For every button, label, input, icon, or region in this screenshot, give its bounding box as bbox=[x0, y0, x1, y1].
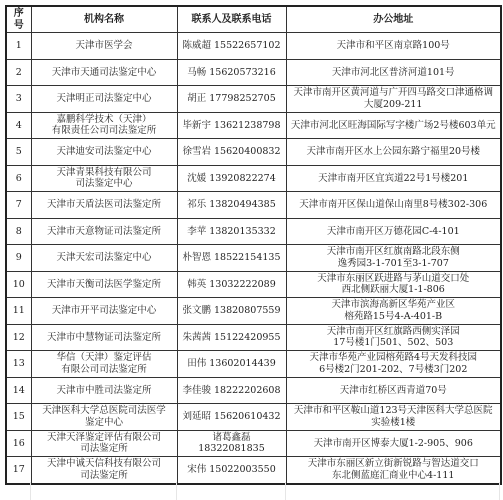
row-number: 2 bbox=[6, 59, 31, 86]
office-address-line: 天津市和平区鞍山道123号天津医科大学总医院 bbox=[289, 405, 499, 417]
office-address-line: 天津市东丽区新立街新锐路与智达道交口 bbox=[289, 458, 499, 470]
header-contact: 联系人及联系电话 bbox=[177, 6, 286, 33]
row-number: 10 bbox=[6, 271, 31, 298]
table-row: 8天津市天意物证司法鉴定所李苹 13820135332天津市南开区万德花园C-4… bbox=[6, 218, 501, 245]
contact-person-phone: 朱茜茜 15122420955 bbox=[177, 324, 286, 351]
office-address: 天津市南开区水上公园东路宁福里20号楼 bbox=[286, 139, 501, 166]
institution-name: 嘉鹏科学技术（天津）有限责任公司司法鉴定所 bbox=[31, 112, 177, 139]
table-row: 10天津市天衡司法医学鉴定所韩英 13032222089天津市东丽区跃进路与茅山… bbox=[6, 271, 501, 298]
office-address-line: 天津市南开区水上公园东路宁福里20号楼 bbox=[289, 146, 499, 158]
table-row: 1天津市医学会陈威超 15522657102天津市和平区南京路100号 bbox=[6, 33, 501, 60]
office-address: 天津市和平区南京路100号 bbox=[286, 33, 501, 60]
table-row: 16天津天泽鉴定评估有限公司司法鉴定所诸葛鑫磊 18322081835天津市南开… bbox=[6, 430, 501, 457]
table-row: 5天津迪安司法鉴定中心徐雪岩 15620400832天津市南开区水上公园东路宁福… bbox=[6, 139, 501, 166]
contact-person-phone: 张文鹏 13820807559 bbox=[177, 298, 286, 325]
row-number: 3 bbox=[6, 86, 31, 113]
office-address-line: 天津市南开区黄河道与广开四马路交口津通格调 bbox=[289, 87, 499, 99]
office-address: 天津市南开区黄河道与广开四马路交口津通格调大厦209-211 bbox=[286, 86, 501, 113]
contact-person-phone: 诸葛鑫磊 18322081835 bbox=[177, 430, 286, 457]
institution-name-line: 天津市开平司法鉴定中心 bbox=[34, 305, 175, 317]
institution-name: 天津青果科技有限公司司法鉴定中心 bbox=[31, 165, 177, 192]
table-row: 6天津青果科技有限公司司法鉴定中心沈媛 13920822274天津市南开区宜宾道… bbox=[6, 165, 501, 192]
table-row: 14天津市中胜司法鉴定所李佳骏 18222202608天津市红桥区西青道70号 bbox=[6, 377, 501, 404]
institution-name-line: 天津青果科技有限公司 bbox=[34, 167, 175, 179]
office-address-line: 天津市河北区普济河道101号 bbox=[289, 67, 499, 79]
institution-name-line: 天津市天意物证司法鉴定所 bbox=[34, 226, 175, 238]
institution-name: 天津市天意物证司法鉴定所 bbox=[31, 218, 177, 245]
row-number: 12 bbox=[6, 324, 31, 351]
office-address-line: 6号楼2门201-202、7号楼3门202 bbox=[289, 364, 499, 376]
table-row: 15天津医科大学总医院司法医学鉴定中心刘延昭 15620610432天津市和平区… bbox=[6, 404, 501, 431]
office-address: 天津市南开区宜宾道22号1号楼201 bbox=[286, 165, 501, 192]
row-number: 11 bbox=[6, 298, 31, 325]
contact-person-phone: 李苹 13820135332 bbox=[177, 218, 286, 245]
office-address: 天津市滨海高新区华苑产业区榕苑路15号4-A-401-B bbox=[286, 298, 501, 325]
office-address-line: 天津市华苑产业园榕苑路4号天发科技园 bbox=[289, 352, 499, 364]
institution-name-line: 鉴定中心 bbox=[34, 417, 175, 429]
contact-person-phone: 韩英 13032222089 bbox=[177, 271, 286, 298]
institution-name-line: 天津市中胜司法鉴定所 bbox=[34, 385, 175, 397]
contact-person-phone: 祁乐 13820494385 bbox=[177, 192, 286, 219]
contact-person-phone: 徐雪岩 15620400832 bbox=[177, 139, 286, 166]
institution-name: 天津市天衡司法医学鉴定所 bbox=[31, 271, 177, 298]
institution-name: 华信（天津）鉴定评估有限公司司法鉴定所 bbox=[31, 351, 177, 378]
header-no: 序号 bbox=[6, 6, 31, 33]
office-address: 天津市南开区红旗南路北段东侧逸秀园3-1-701至3-1-707 bbox=[286, 245, 501, 272]
office-address-line: 天津市南开区红旗南路北段东侧 bbox=[289, 246, 499, 258]
institution-name-line: 天津市天通司法鉴定中心 bbox=[34, 67, 175, 79]
institution-name-line: 天津中诚天信科技有限公司 bbox=[34, 458, 175, 470]
institution-name-line: 天津市中慧物证司法鉴定所 bbox=[34, 332, 175, 344]
table-row: 12天津市中慧物证司法鉴定所朱茜茜 15122420955天津市南开区红旗路西侧… bbox=[6, 324, 501, 351]
institution-name-line: 天津明正司法鉴定中心 bbox=[34, 93, 175, 105]
office-address-line: 东北侧蓝庭汇商业中心4-111 bbox=[289, 470, 499, 482]
contact-person-phone: 陈威超 15522657102 bbox=[177, 33, 286, 60]
row-number: 7 bbox=[6, 192, 31, 219]
contact-person-phone: 刘延昭 15620610432 bbox=[177, 404, 286, 431]
contact-person-phone: 宋伟 15022003550 bbox=[177, 457, 286, 484]
office-address: 天津市东丽区跃进路与茅山道交口处西北侧跃丽大厦1-1-806 bbox=[286, 271, 501, 298]
institution-name-line: 有限公司司法鉴定所 bbox=[34, 364, 175, 376]
row-number: 17 bbox=[6, 457, 31, 484]
office-address: 天津市南开区红旗路西侧实泽园17号楼1门501、502、503 bbox=[286, 324, 501, 351]
row-number: 6 bbox=[6, 165, 31, 192]
office-address-line: 榕苑路15号4-A-401-B bbox=[289, 311, 499, 323]
office-address-line: 天津市红桥区西青道70号 bbox=[289, 385, 499, 397]
contact-person-phone: 马畅 15620573216 bbox=[177, 59, 286, 86]
office-address-line: 17号楼1门501、502、503 bbox=[289, 337, 499, 349]
forensic-institutions-table: 序号 机构名称 联系人及联系电话 办公地址 1天津市医学会陈威超 1552265… bbox=[5, 5, 502, 485]
row-number: 9 bbox=[6, 245, 31, 272]
institution-name: 天津市开平司法鉴定中心 bbox=[31, 298, 177, 325]
row-number: 8 bbox=[6, 218, 31, 245]
office-address: 天津市东丽区新立街新锐路与智达道交口东北侧蓝庭汇商业中心4-111 bbox=[286, 457, 501, 484]
contact-person-phone: 田伟 13602014439 bbox=[177, 351, 286, 378]
institution-name-line: 天津天宏司法鉴定中心 bbox=[34, 252, 175, 264]
institution-name-line: 司法鉴定所 bbox=[34, 470, 175, 482]
table-row: 17天津中诚天信科技有限公司司法鉴定所宋伟 15022003550天津市东丽区新… bbox=[6, 457, 501, 484]
contact-person-phone: 朴智恩 18522154135 bbox=[177, 245, 286, 272]
table-row: 13华信（天津）鉴定评估有限公司司法鉴定所田伟 13602014439天津市华苑… bbox=[6, 351, 501, 378]
header-row: 序号 机构名称 联系人及联系电话 办公地址 bbox=[6, 6, 501, 33]
office-address-line: 天津市南开区宜宾道22号1号楼201 bbox=[289, 173, 499, 185]
institution-name: 天津市天盾法医司法鉴定所 bbox=[31, 192, 177, 219]
institution-name-line: 嘉鹏科学技术（天津） bbox=[34, 114, 175, 126]
row-number: 13 bbox=[6, 351, 31, 378]
institution-name-line: 天津市天盾法医司法鉴定所 bbox=[34, 199, 175, 211]
institution-name-line: 司法鉴定中心 bbox=[34, 178, 175, 190]
office-address-line: 逸秀园3-1-701至3-1-707 bbox=[289, 258, 499, 270]
contact-person-phone: 李佳骏 18222202608 bbox=[177, 377, 286, 404]
office-address: 天津市华苑产业园榕苑路4号天发科技园6号楼2门201-202、7号楼3门202 bbox=[286, 351, 501, 378]
institution-name-line: 天津市医学会 bbox=[34, 40, 175, 52]
institution-name: 天津医科大学总医院司法医学鉴定中心 bbox=[31, 404, 177, 431]
office-address-line: 西北侧跃丽大厦1-1-806 bbox=[289, 284, 499, 296]
table-row: 3天津明正司法鉴定中心胡正 17798252705天津市南开区黄河道与广开四马路… bbox=[6, 86, 501, 113]
office-address: 天津市南开区万德花园C-4-101 bbox=[286, 218, 501, 245]
office-address-line: 天津市南开区红旗路西侧实泽园 bbox=[289, 326, 499, 338]
contact-person-phone: 毕新宇 13621238798 bbox=[177, 112, 286, 139]
institution-name-line: 有限责任公司司法鉴定所 bbox=[34, 125, 175, 137]
table-row: 9天津天宏司法鉴定中心朴智恩 18522154135天津市南开区红旗南路北段东侧… bbox=[6, 245, 501, 272]
row-number: 14 bbox=[6, 377, 31, 404]
institution-name-line: 天津市天衡司法医学鉴定所 bbox=[34, 279, 175, 291]
office-address: 天津市河北区普济河道101号 bbox=[286, 59, 501, 86]
office-address-line: 天津市南开区博泰大厦1-2-905、906 bbox=[289, 438, 499, 450]
institution-name: 天津市医学会 bbox=[31, 33, 177, 60]
table-body: 1天津市医学会陈威超 15522657102天津市和平区南京路100号2天津市天… bbox=[6, 33, 501, 484]
office-address-line: 天津市东丽区跃进路与茅山道交口处 bbox=[289, 273, 499, 285]
row-number: 15 bbox=[6, 404, 31, 431]
table-row: 11天津市开平司法鉴定中心张文鹏 13820807559天津市滨海高新区华苑产业… bbox=[6, 298, 501, 325]
row-number: 16 bbox=[6, 430, 31, 457]
office-address-line: 天津市南开区万德花园C-4-101 bbox=[289, 226, 499, 238]
institution-name: 天津市中胜司法鉴定所 bbox=[31, 377, 177, 404]
contact-person-phone: 胡正 17798252705 bbox=[177, 86, 286, 113]
office-address-line: 大厦209-211 bbox=[289, 99, 499, 111]
office-address-line: 天津市和平区南京路100号 bbox=[289, 40, 499, 52]
office-address: 天津市南开区保山道保山南里8号楼302-306 bbox=[286, 192, 501, 219]
institution-name-line: 天津迪安司法鉴定中心 bbox=[34, 146, 175, 158]
office-address-line: 天津市南开区保山道保山南里8号楼302-306 bbox=[289, 199, 499, 211]
contact-person-phone: 沈媛 13920822274 bbox=[177, 165, 286, 192]
office-address-line: 实验楼1楼 bbox=[289, 417, 499, 429]
table-row: 7天津市天盾法医司法鉴定所祁乐 13820494385天津市南开区保山道保山南里… bbox=[6, 192, 501, 219]
institution-name: 天津明正司法鉴定中心 bbox=[31, 86, 177, 113]
row-number: 1 bbox=[6, 33, 31, 60]
office-address: 天津市和平区鞍山道123号天津医科大学总医院实验楼1楼 bbox=[286, 404, 501, 431]
institution-name: 天津天宏司法鉴定中心 bbox=[31, 245, 177, 272]
empty-trailing-row bbox=[5, 482, 500, 500]
office-address-line: 天津市滨海高新区华苑产业区 bbox=[289, 299, 499, 311]
office-address: 天津市红桥区西青道70号 bbox=[286, 377, 501, 404]
row-number: 4 bbox=[6, 112, 31, 139]
institution-name: 天津中诚天信科技有限公司司法鉴定所 bbox=[31, 457, 177, 484]
table-row: 4嘉鹏科学技术（天津）有限责任公司司法鉴定所毕新宇 13621238798天津市… bbox=[6, 112, 501, 139]
office-address: 天津市河北区旺海国际写字楼广场2号楼603单元 bbox=[286, 112, 501, 139]
institution-name-line: 司法鉴定所 bbox=[34, 443, 175, 455]
office-address: 天津市南开区博泰大厦1-2-905、906 bbox=[286, 430, 501, 457]
header-address: 办公地址 bbox=[286, 6, 501, 33]
institution-name-line: 天津医科大学总医院司法医学 bbox=[34, 405, 175, 417]
institution-name: 天津迪安司法鉴定中心 bbox=[31, 139, 177, 166]
office-address-line: 天津市河北区旺海国际写字楼广场2号楼603单元 bbox=[289, 120, 499, 132]
institution-name: 天津天泽鉴定评估有限公司司法鉴定所 bbox=[31, 430, 177, 457]
table-row: 2天津市天通司法鉴定中心马畅 15620573216天津市河北区普济河道101号 bbox=[6, 59, 501, 86]
institution-name-line: 天津天泽鉴定评估有限公司 bbox=[34, 432, 175, 444]
row-number: 5 bbox=[6, 139, 31, 166]
institution-name-line: 华信（天津）鉴定评估 bbox=[34, 352, 175, 364]
header-name: 机构名称 bbox=[31, 6, 177, 33]
institution-name: 天津市天通司法鉴定中心 bbox=[31, 59, 177, 86]
institution-name: 天津市中慧物证司法鉴定所 bbox=[31, 324, 177, 351]
